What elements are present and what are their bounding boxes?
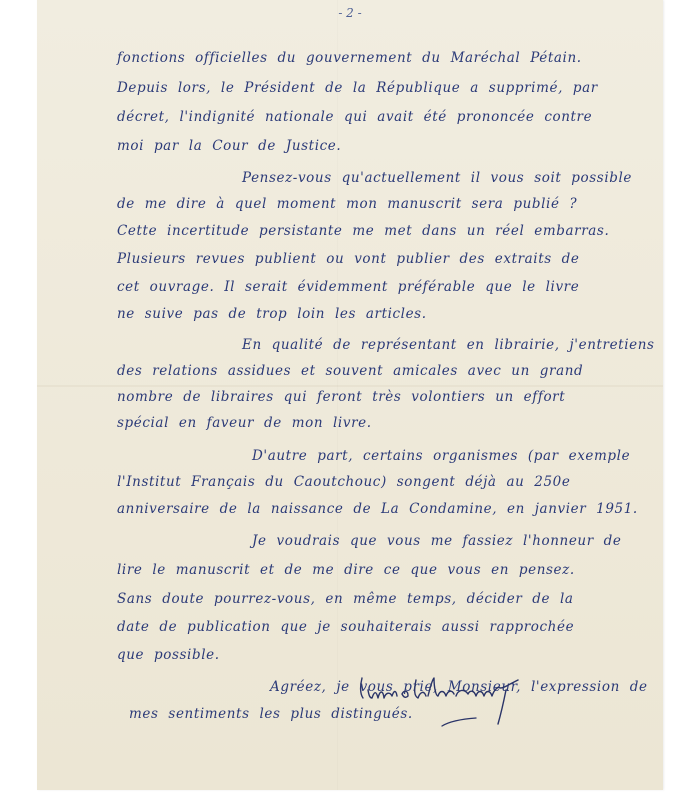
text-line: moi par la Cour de Justice.	[117, 138, 341, 154]
text-line: l'Institut Français du Caoutchouc) songe…	[117, 474, 570, 490]
text-line: décret, l'indignité nationale qui avait …	[117, 109, 592, 125]
text-line: spécial en faveur de mon livre.	[117, 415, 372, 431]
text-line: Depuis lors, le Président de la Républiq…	[117, 80, 598, 96]
page-number: - 2 -	[37, 6, 663, 20]
text-line: Plusieurs revues publient ou vont publie…	[117, 251, 579, 267]
text-line: Pensez-vous qu'actuellement il vous soit…	[242, 170, 632, 186]
paper-fold	[37, 385, 663, 387]
text-line: que possible.	[117, 647, 220, 663]
signature: Lione de la Condamine	[346, 666, 566, 736]
text-line: Cette incertitude persistante me met dan…	[117, 223, 609, 239]
text-line: Sans doute pourrez-vous, en même temps, …	[117, 591, 574, 607]
text-line: cet ouvrage. Il serait évidemment préfér…	[117, 279, 579, 295]
text-line: En qualité de représentant en librairie,…	[242, 337, 655, 353]
text-line: nombre de libraires qui feront très volo…	[117, 389, 565, 405]
text-line: anniversaire de la naissance de La Conda…	[117, 501, 638, 517]
signature-scrawl-icon	[346, 666, 566, 736]
text-line: des relations assidues et souvent amical…	[117, 363, 583, 379]
text-line: fonctions officielles du gouvernement du…	[117, 50, 582, 66]
text-line: date de publication que je souhaiterais …	[117, 619, 574, 635]
text-line: Je voudrais que vous me fassiez l'honneu…	[252, 533, 622, 549]
text-line: ne suive pas de trop loin les articles.	[117, 306, 427, 322]
text-line: lire le manuscrit et de me dire ce que v…	[117, 562, 575, 578]
text-line: de me dire à quel moment mon manuscrit s…	[117, 196, 577, 212]
text-line: D'autre part, certains organismes (par e…	[252, 448, 630, 464]
